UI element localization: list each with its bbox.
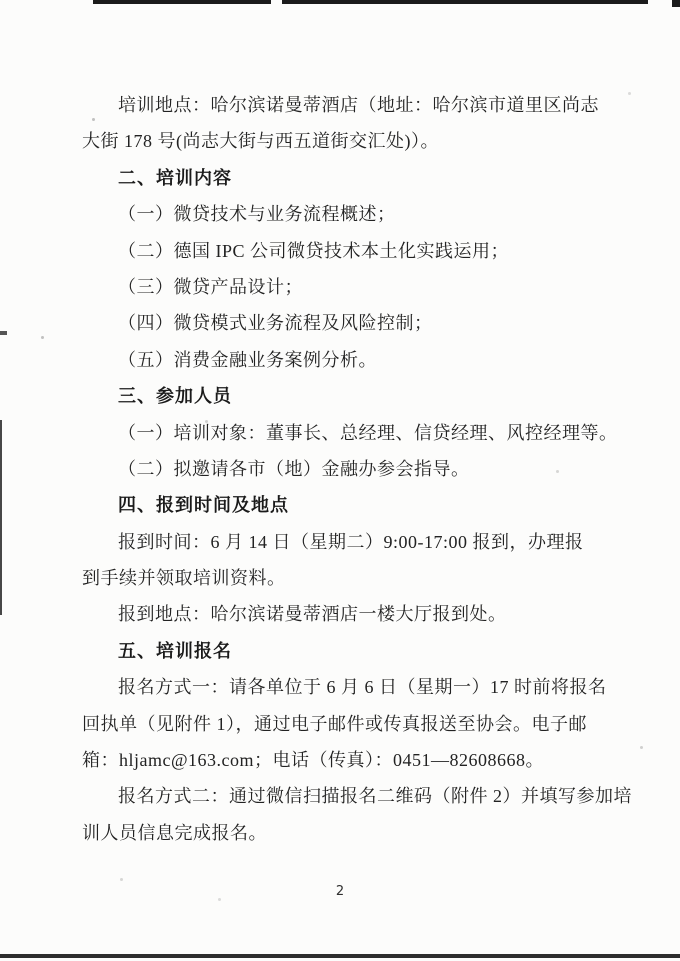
paragraph-line: 培训地点：哈尔滨诺曼蒂酒店（地址：哈尔滨市道里区尚志 [82,87,604,123]
paragraph-line: （三）微贷产品设计； [82,269,604,305]
paragraph-line: 报名方式二：通过微信扫描报名二维码（附件 2）并填写参加培 [82,778,604,814]
paragraph-line: 箱：hljamc@163.com；电话（传真）：0451—82608668。 [82,742,604,778]
scan-edge-bottom-line [0,954,680,958]
scan-speck [41,336,44,339]
scan-speck [120,878,123,881]
scan-edge-left-line [0,420,2,615]
scan-edge-top-corner-mark [672,0,680,7]
paragraph-line: 报名方式一：请各单位于 6 月 6 日（星期一）17 时前将报名 [82,669,604,705]
paragraph-line: 报到时间：6 月 14 日（星期二）9:00-17:00 报到，办理报 [82,524,604,560]
paragraph-line: （二）德国 IPC 公司微贷技术本土化实践运用； [82,233,604,269]
section-heading: 二、培训内容 [82,160,604,196]
section-heading: 五、培训报名 [82,633,604,669]
scan-speck [640,746,643,749]
section-heading: 三、参加人员 [82,378,604,414]
scan-edge-top-right-segment [282,0,648,4]
paragraph-line: （四）微贷模式业务流程及风险控制； [82,305,604,341]
paragraph-line: （五）消费金融业务案例分析。 [82,342,604,378]
paragraph-line: （一）培训对象：董事长、总经理、信贷经理、风控经理等。 [82,415,604,451]
paragraph-line: 到手续并领取培训资料。 [82,560,604,596]
paragraph-line: 训人员信息完成报名。 [82,815,604,851]
scan-edge-top-left-segment [93,0,271,4]
scanned-document-page: 培训地点：哈尔滨诺曼蒂酒店（地址：哈尔滨市道里区尚志大街 178 号(尚志大街与… [0,0,680,961]
paragraph-line: （二）拟邀请各市（地）金融办参会指导。 [82,451,604,487]
paragraph-line: 报到地点：哈尔滨诺曼蒂酒店一楼大厅报到处。 [82,596,604,632]
page-number: 2 [0,884,680,899]
document-body: 培训地点：哈尔滨诺曼蒂酒店（地址：哈尔滨市道里区尚志大街 178 号(尚志大街与… [82,87,604,851]
paragraph-line: 回执单（见附件 1），通过电子邮件或传真报送至协会。电子邮 [82,706,604,742]
paragraph-line: （一）微贷技术与业务流程概述； [82,196,604,232]
scan-speck [628,92,631,95]
section-heading: 四、报到时间及地点 [82,487,604,523]
scan-edge-left-tick [0,331,7,335]
paragraph-line: 大街 178 号(尚志大街与西五道街交汇处)）。 [82,123,604,159]
